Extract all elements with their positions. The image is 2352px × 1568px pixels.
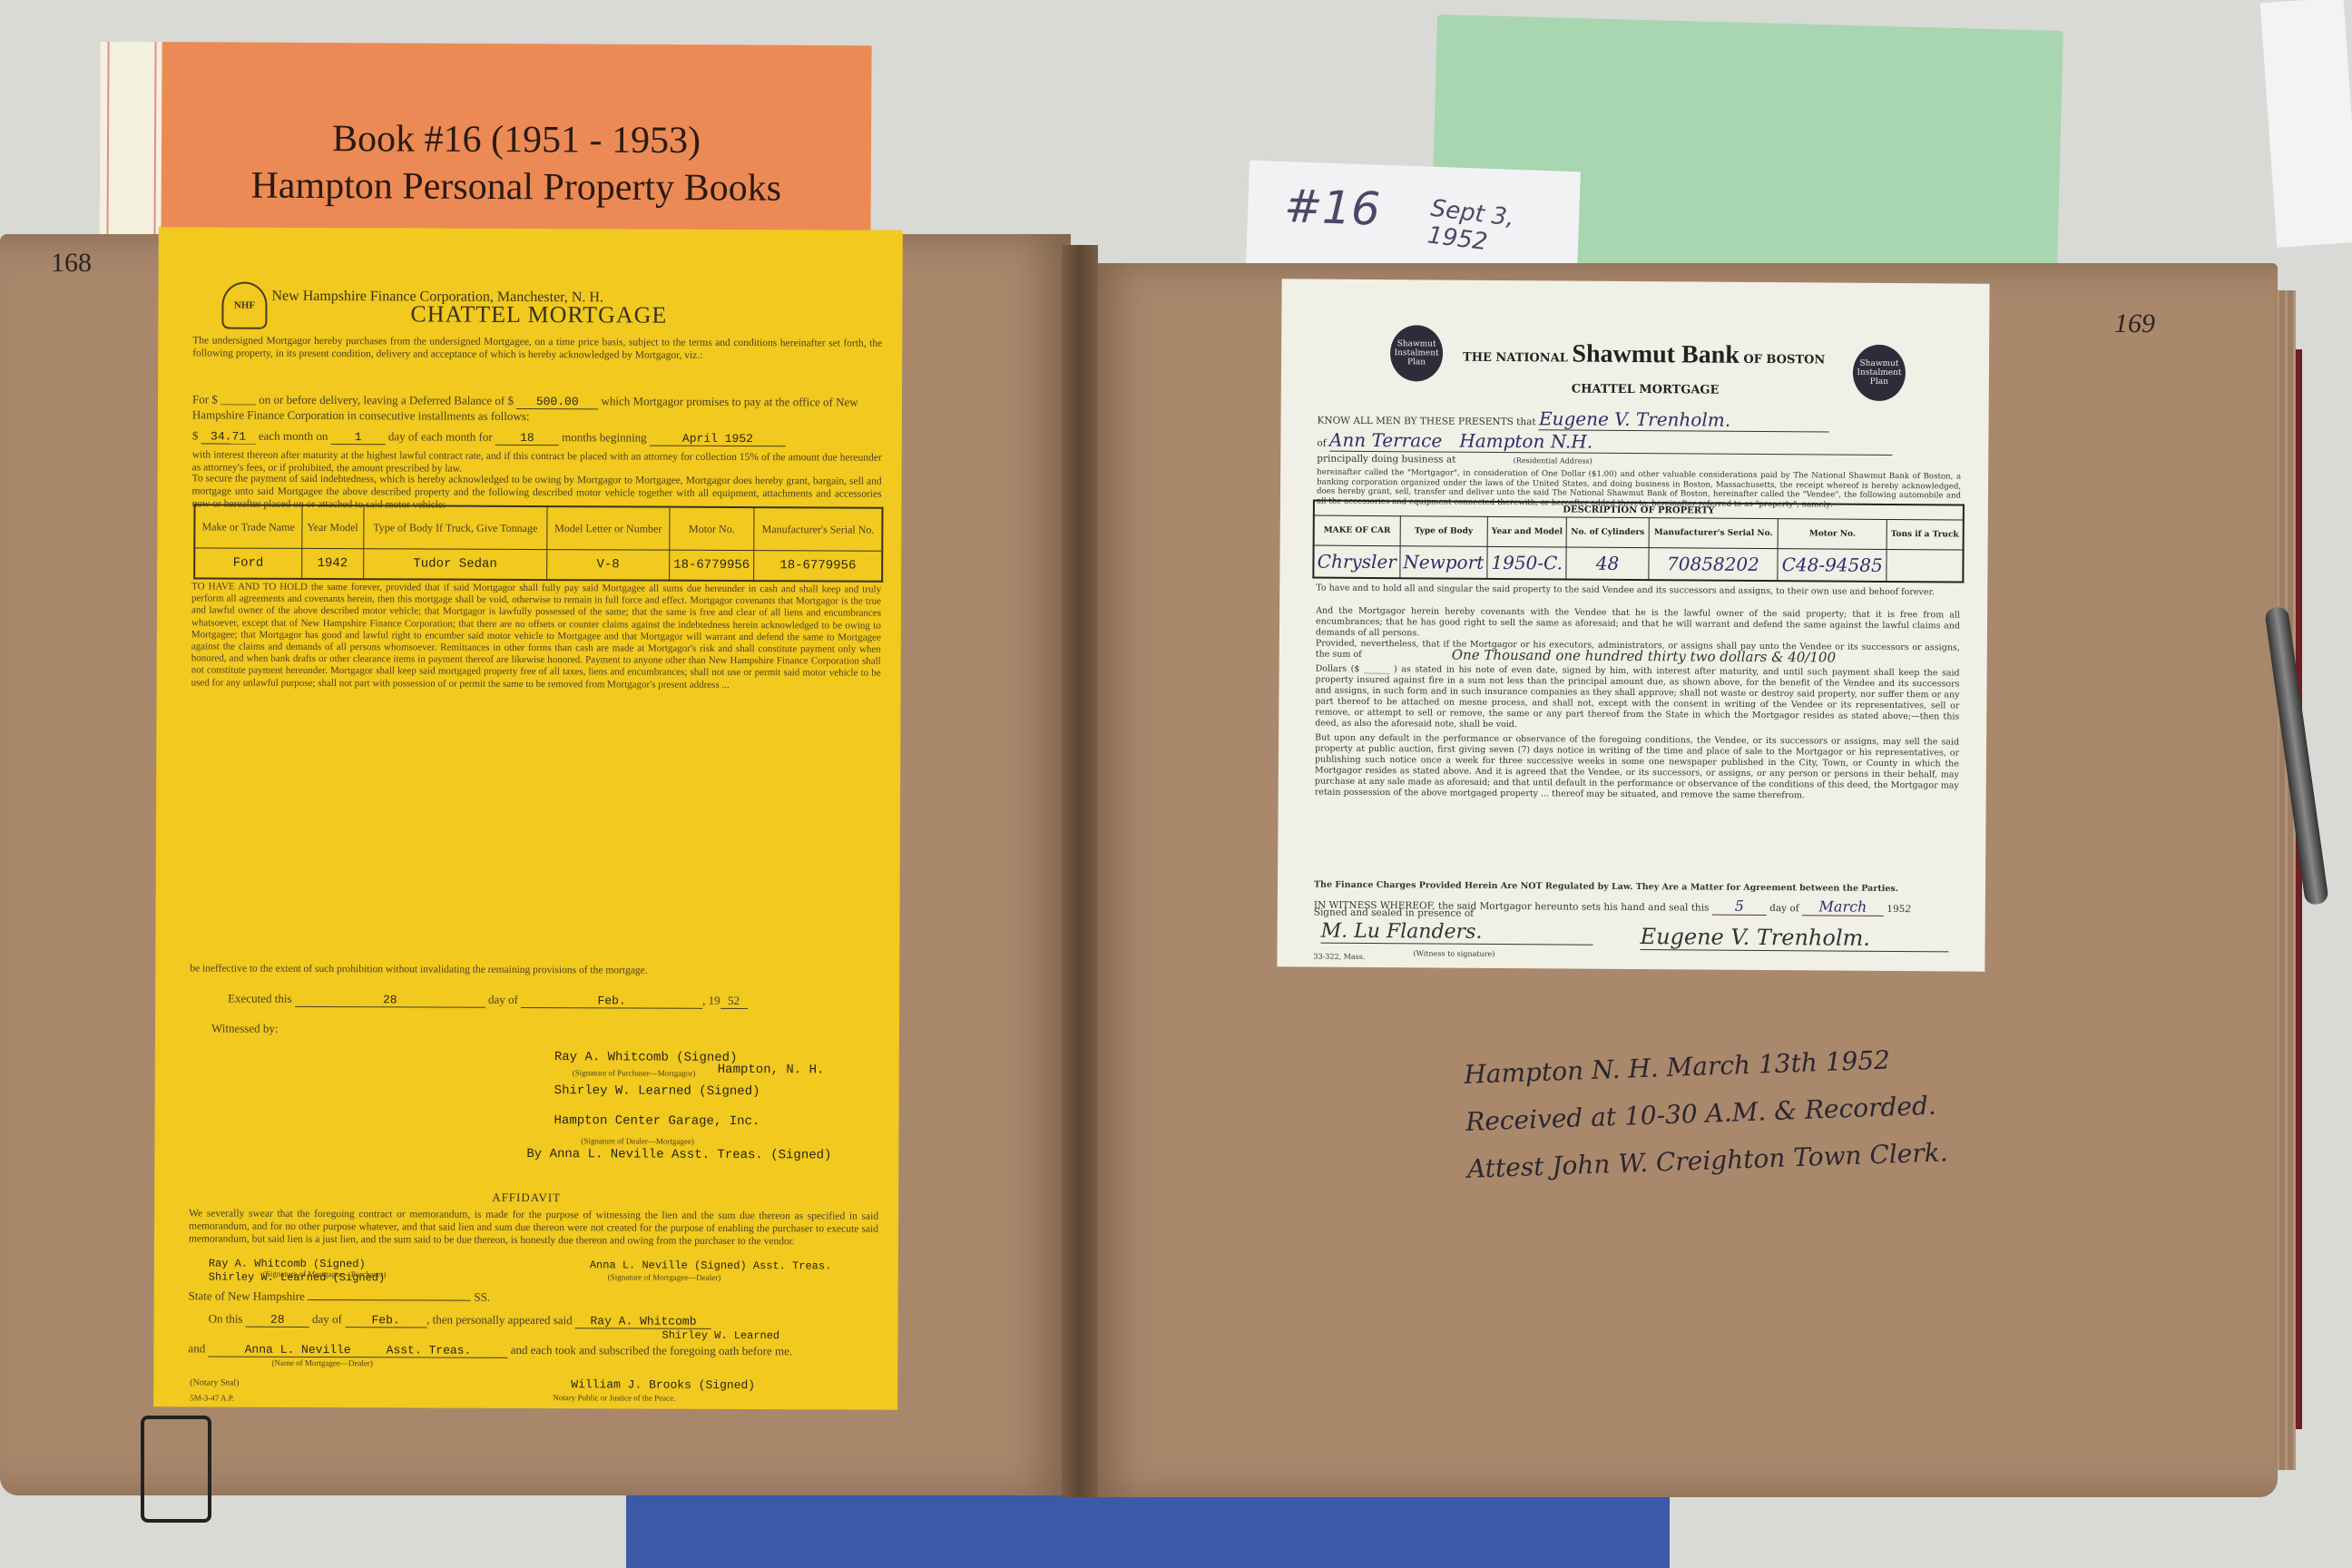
page-number-right: 169 <box>2114 309 2155 339</box>
payment-line-1: For $ ______ on or before delivery, leav… <box>192 392 882 425</box>
witnessed-by-label: Witnessed by: <box>211 1021 901 1038</box>
executed-month: Feb. <box>521 994 702 1009</box>
location: Hampton, N. H. <box>718 1063 825 1078</box>
by-label: By <box>526 1147 542 1161</box>
months-count: 18 <box>495 431 559 446</box>
and-label: and <box>188 1341 205 1355</box>
cell-body: Newport <box>1399 546 1487 579</box>
cell-make: Chrysler <box>1313 545 1399 578</box>
second-signature: Shirley W. Learned (Signed) <box>554 1083 760 1099</box>
year-prefix: 19 <box>709 994 720 1007</box>
affidavit-text: We severally swear that the foregoing co… <box>189 1207 878 1248</box>
page-number-left: 168 <box>51 248 92 279</box>
tab-note: #16 Sept 3, 1952 <box>1246 161 1581 277</box>
property-table: DESCRIPTION OF PROPERTY MAKE OF CAR Type… <box>1312 500 1965 583</box>
col-motor: Motor No. <box>1778 519 1886 550</box>
recording-note: Hampton N. H. March 13th 1952 Received a… <box>1463 1032 2030 1193</box>
by-signature: By Anna L. Neville Asst. Treas. (Signed) <box>526 1147 831 1162</box>
bank-prefix: THE NATIONAL <box>1463 351 1568 366</box>
col-make: MAKE OF CAR <box>1314 515 1400 546</box>
body-text-4: Dollars ($ ______ ) as stated in his not… <box>1315 664 1959 734</box>
cell-cylinders: 48 <box>1566 547 1648 580</box>
day-of-label: day of <box>488 993 518 1006</box>
cell-motor: C48-94585 <box>1778 549 1886 582</box>
ss-label: SS. <box>474 1290 490 1304</box>
ledger-margin-lines <box>106 42 156 250</box>
oath-text: and each took and subscribed the foregoi… <box>511 1343 793 1357</box>
appeared-name: Ray A. Whitcomb <box>575 1314 711 1329</box>
body-text-5: But upon any default in the performance … <box>1314 733 1959 883</box>
nh-finance-chattel-mortgage: NHF New Hampshire Finance Corporation, M… <box>153 227 903 1410</box>
mortgagor-name: Eugene V. Trenholm. <box>1539 407 1829 432</box>
col-motor: Motor No. <box>670 507 755 551</box>
cell-serial: 18-6779956 <box>754 551 882 582</box>
appeared-name-2: Shirley W. Learned <box>661 1329 779 1343</box>
dealer-caption: (Signature of Dealer—Mortgagee) <box>581 1136 693 1146</box>
cell-tons <box>1886 549 1964 582</box>
deferred-balance: 500.00 <box>516 395 598 409</box>
intro-text: The undersigned Mortgagor hereby purchas… <box>192 334 882 362</box>
col-body: Type of Body If Truck, Give Tonnage <box>364 505 547 549</box>
binder-clip-icon <box>141 1416 211 1523</box>
executed-label: Executed this <box>228 992 291 1005</box>
col-serial: Manufacturer's Serial No. <box>1649 518 1779 549</box>
nhf-seal-icon: NHF <box>221 282 267 329</box>
on-this-label: On this <box>209 1311 243 1325</box>
business-line: principally doing business at (Residenti… <box>1317 454 1952 469</box>
body-text-1: To have and to hold all and singular the… <box>1316 583 1960 599</box>
beginning-date: April 1952 <box>650 432 786 447</box>
affidavit-title: AFFIDAVIT <box>154 1189 898 1207</box>
notary-caption: Notary Public or Justice of the Peace. <box>553 1393 675 1403</box>
book-cover-label: Book #16 (1951 - 1953) Hampton Personal … <box>99 42 871 254</box>
witness-signature: M. Lu Flanders. <box>1321 920 1593 946</box>
table-row: Ford 1942 Tudor Sedan V-8 18-6779956 18-… <box>194 548 882 582</box>
tab-note-date: Sept 3, 1952 <box>1426 195 1582 268</box>
installment-line: $ 34.71 each month on 1 day of each mont… <box>192 428 882 446</box>
col-cylinders: No. of Cylinders <box>1567 517 1649 548</box>
cell-model: V-8 <box>547 550 670 581</box>
shawmut-logo-icon: Shawmut Instalment Plan <box>1390 325 1443 381</box>
payment-label: For $ ______ on or before delivery, leav… <box>192 392 514 407</box>
body-text: TO HAVE AND TO HOLD the same forever, pr… <box>190 581 881 992</box>
mortgagor-address: Ann Terrace Hampton N.H. <box>1329 429 1892 456</box>
affidavit-day: 28 <box>246 1313 309 1328</box>
witness-caption: (Witness to signature) <box>1413 949 1494 958</box>
dealer-name: Hampton Center Garage, Inc. <box>554 1113 760 1129</box>
and-caption: (Name of Mortgagee—Dealer) <box>271 1358 372 1367</box>
executed-day: 28 <box>295 993 485 1008</box>
cell-serial: 70858202 <box>1649 548 1779 581</box>
finance-notice: The Finance Charges Provided Herein Are … <box>1314 880 1949 895</box>
on-this-line: On this 28 day of Feb., then personally … <box>209 1311 898 1329</box>
col-year: Year and Model <box>1487 516 1567 547</box>
purchaser-caption: (Signature of Purchaser—Mortgagor) <box>573 1068 696 1078</box>
form-title: CHATTEL MORTGAGE <box>1572 383 1720 397</box>
of-label: of <box>1317 438 1326 449</box>
notary-signature: William J. Brooks (Signed) <box>571 1377 755 1392</box>
state-label: State of New Hampshire <box>189 1289 305 1303</box>
know-all-label: KNOW ALL MEN BY THESE PRESENTS that <box>1318 416 1536 428</box>
executed-line: Executed this 28 day of Feb., 1952 <box>228 992 917 1010</box>
and-name: Anna L. Neville Asst. Treas. <box>208 1342 507 1357</box>
address-caption: (Residential Address) <box>1514 456 1592 465</box>
affidavit-mortgagee-signature: Anna L. Neville (Signed) Asst. Treas. <box>590 1259 832 1272</box>
cell-body: Tudor Sedan <box>363 549 546 580</box>
cover-title-line1: Book #16 (1951 - 1953) <box>162 116 871 163</box>
installment-amount: 34.71 <box>201 429 256 444</box>
cover-title-line2: Hampton Personal Property Books <box>162 163 871 211</box>
form-code: 5M-3-47 A.P. <box>190 1393 234 1402</box>
state-line: State of New Hampshire SS. <box>189 1289 878 1306</box>
book-gutter <box>1062 245 1098 1497</box>
mortgagor-signature: Eugene V. Trenholm. <box>1641 924 1949 952</box>
shawmut-logo-icon: Shawmut Instalment Plan <box>1853 345 1906 401</box>
background-paper <box>2260 0 2352 248</box>
tab-note-number: #16 <box>1283 180 1380 236</box>
vehicle-table: Make or Trade Name Year Model Type of Bo… <box>193 504 883 582</box>
by-name: Anna L. Neville Asst. Treas. (Signed) <box>550 1147 832 1162</box>
col-serial: Manufacturer's Serial No. <box>754 507 882 551</box>
form-code: 33-322, Mass. <box>1313 953 1365 961</box>
appeared-label: , then personally appeared said <box>426 1313 573 1328</box>
notary-seal: (Notary Seal) <box>190 1377 239 1387</box>
col-tons: Tons if a Truck <box>1886 519 1964 550</box>
bank-name: THE NATIONAL Shawmut Bank OF BOSTON <box>1463 339 1825 371</box>
bank-name-main: Shawmut Bank <box>1572 340 1739 369</box>
day-of-month: 1 <box>331 430 386 445</box>
form-title: CHATTEL MORTGAGE <box>410 300 667 328</box>
cell-year: 1942 <box>301 548 363 579</box>
cell-motor: 18-6779956 <box>669 550 754 581</box>
body-text-2: And the Mortgagor herein hereby covenant… <box>1316 606 1960 643</box>
col-model: Model Letter or Number <box>547 506 670 550</box>
affidavit-month: Feb. <box>345 1313 426 1328</box>
shawmut-chattel-mortgage: Shawmut Instalment Plan Shawmut Instalme… <box>1277 279 1989 971</box>
and-line: and Anna L. Neville Asst. Treas. and eac… <box>188 1341 877 1359</box>
executed-year: 52 <box>720 994 748 1009</box>
cell-year: 1950-C. <box>1487 546 1567 579</box>
address-line: of Ann Terrace Hampton N.H. <box>1317 429 1952 456</box>
sum-written: One Thousand one hundred thirty two doll… <box>1452 647 2087 668</box>
purchaser-signature: Ray A. Whitcomb (Signed) <box>554 1050 738 1065</box>
affidavit-mortgagee-caption: (Signature of Mortgagee—Dealer) <box>608 1272 720 1282</box>
business-label: principally doing business at <box>1317 454 1455 465</box>
bank-suffix: OF BOSTON <box>1743 353 1825 367</box>
affidavit-day-of: day of <box>312 1312 342 1326</box>
cell-make: Ford <box>194 548 301 579</box>
col-body: Type of Body <box>1400 516 1488 547</box>
col-year: Year Model <box>301 505 363 549</box>
affidavit-mortgagor-caption: (Signature of Mortgagor—Purchaser) <box>263 1269 387 1279</box>
table-row: Chrysler Newport 1950-C. 48 70858202 C48… <box>1313 545 1963 582</box>
col-make: Make or Trade Name <box>194 505 301 548</box>
